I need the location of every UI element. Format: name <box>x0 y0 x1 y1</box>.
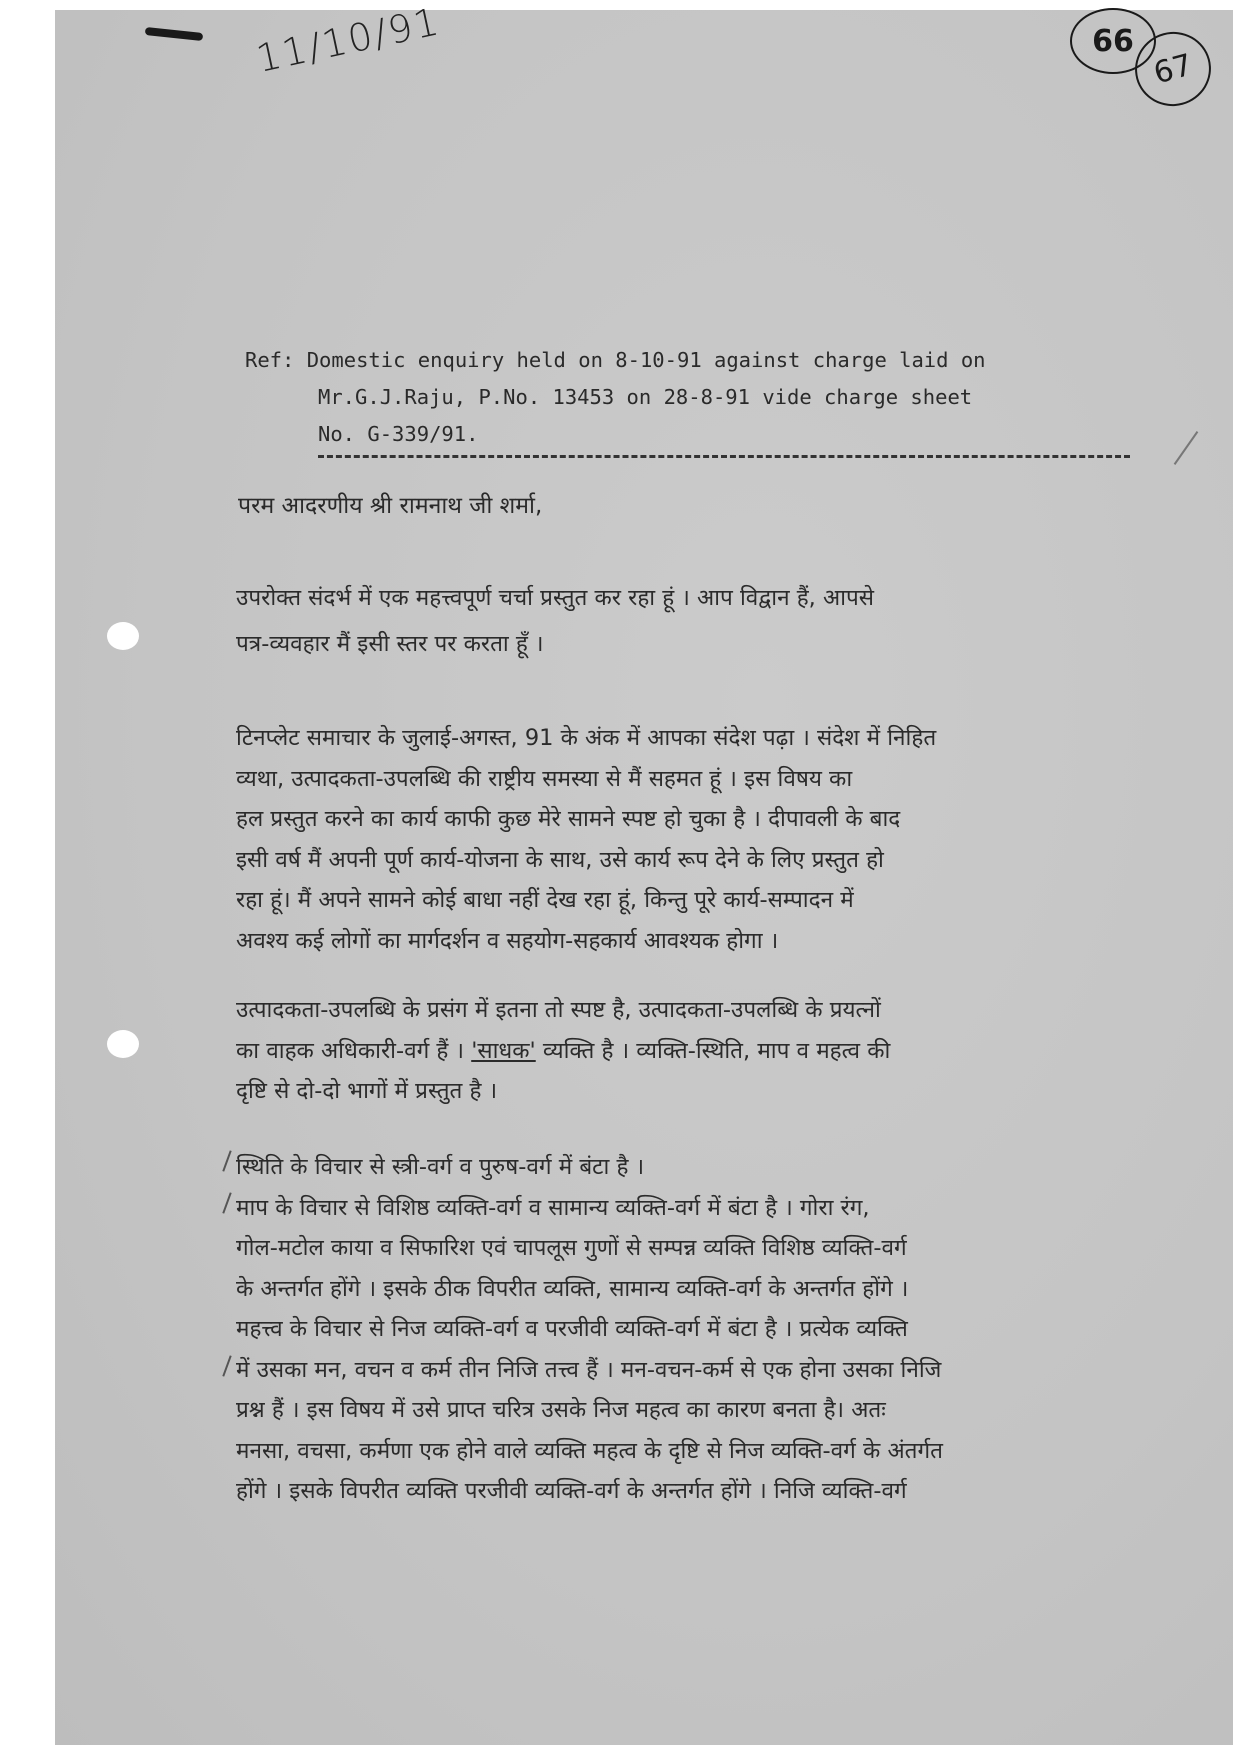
paragraph-3: उत्पादकता-उपलब्धि के प्रसंग में इतना तो … <box>236 990 1196 1112</box>
page-number-struck-text: 66 <box>1092 24 1134 59</box>
punch-hole-top <box>107 622 139 650</box>
text-segment: का वाहक अधिकारी-वर्ग हैं । <box>236 1038 471 1064</box>
text-line: स्थिति के विचार से स्त्री-वर्ग व पुरुष-व… <box>236 1147 1196 1188</box>
text-line: व्यथा, उत्पादकता-उपलब्धि की राष्ट्रीय सम… <box>236 759 1196 800</box>
text-line: में उसका मन, वचन व कर्म तीन निजि तत्त्व … <box>236 1350 1196 1391</box>
ref-line-1: Ref: Domestic enquiry held on 8-10-91 ag… <box>245 342 986 379</box>
text-line: उत्पादकता-उपलब्धि के प्रसंग में इतना तो … <box>236 990 1196 1031</box>
text-line: टिनप्लेट समाचार के जुलाई-अगस्त, 91 के अं… <box>236 718 1196 759</box>
ref-line-3: No. G-339/91. <box>245 416 986 453</box>
text-line: माप के विचार से विशिष्ठ व्यक्ति-वर्ग व स… <box>236 1188 1196 1229</box>
text-line: इसी वर्ष मैं अपनी पूर्ण कार्य-योजना के स… <box>236 840 1196 881</box>
text-line: उपरोक्त संदर्भ में एक महत्त्वपूर्ण चर्चा… <box>236 575 1196 621</box>
paragraph-1: उपरोक्त संदर्भ में एक महत्त्वपूर्ण चर्चा… <box>236 575 1196 667</box>
text-line: दृष्टि से दो-दो भागों में प्रस्तुत है । <box>236 1071 1196 1112</box>
reference-block: Ref: Domestic enquiry held on 8-10-91 ag… <box>245 342 986 453</box>
text-line: प्रश्न हैं । इस विषय में उसे प्राप्त चरि… <box>236 1390 1196 1431</box>
text-line: का वाहक अधिकारी-वर्ग हैं । 'साधक' व्यक्त… <box>236 1031 1196 1072</box>
ref-dashed-underline <box>318 455 1130 458</box>
text-line: रहा हूं। मैं अपने सामने कोई बाधा नहीं दे… <box>236 880 1196 921</box>
page-number-text: 67 <box>1150 47 1196 91</box>
text-line: मनसा, वचसा, कर्मणा एक होने वाले व्यक्ति … <box>236 1431 1196 1472</box>
text-segment: व्यक्ति है । व्यक्ति-स्थिति, माप व महत्व… <box>536 1038 891 1064</box>
text-line: के अन्तर्गत होंगे । इसके ठीक विपरीत व्यक… <box>236 1269 1196 1310</box>
salutation: परम आदरणीय श्री रामनाथ जी शर्मा, <box>238 488 542 520</box>
paragraph-2: टिनप्लेट समाचार के जुलाई-अगस्त, 91 के अं… <box>236 718 1196 961</box>
text-line: होंगे । इसके विपरीत व्यक्ति परजीवी व्यक्… <box>236 1471 1196 1512</box>
text-line: पत्र-व्यवहार मैं इसी स्तर पर करता हूँ । <box>236 621 1196 667</box>
text-line: गोल-मटोल काया व सिफारिश एवं चापलूस गुणों… <box>236 1228 1196 1269</box>
text-line: महत्त्व के विचार से निज व्यक्ति-वर्ग व प… <box>236 1309 1196 1350</box>
underlined-word: 'साधक' <box>471 1038 536 1064</box>
paragraph-4: स्थिति के विचार से स्त्री-वर्ग व पुरुष-व… <box>236 1147 1196 1512</box>
text-line: हल प्रस्तुत करने का कार्य काफी कुछ मेरे … <box>236 799 1196 840</box>
ref-line-2: Mr.G.J.Raju, P.No. 13453 on 28-8-91 vide… <box>245 379 986 416</box>
text-line: अवश्य कई लोगों का मार्गदर्शन व सहयोग-सहक… <box>236 921 1196 962</box>
punch-hole-bottom <box>107 1030 139 1058</box>
